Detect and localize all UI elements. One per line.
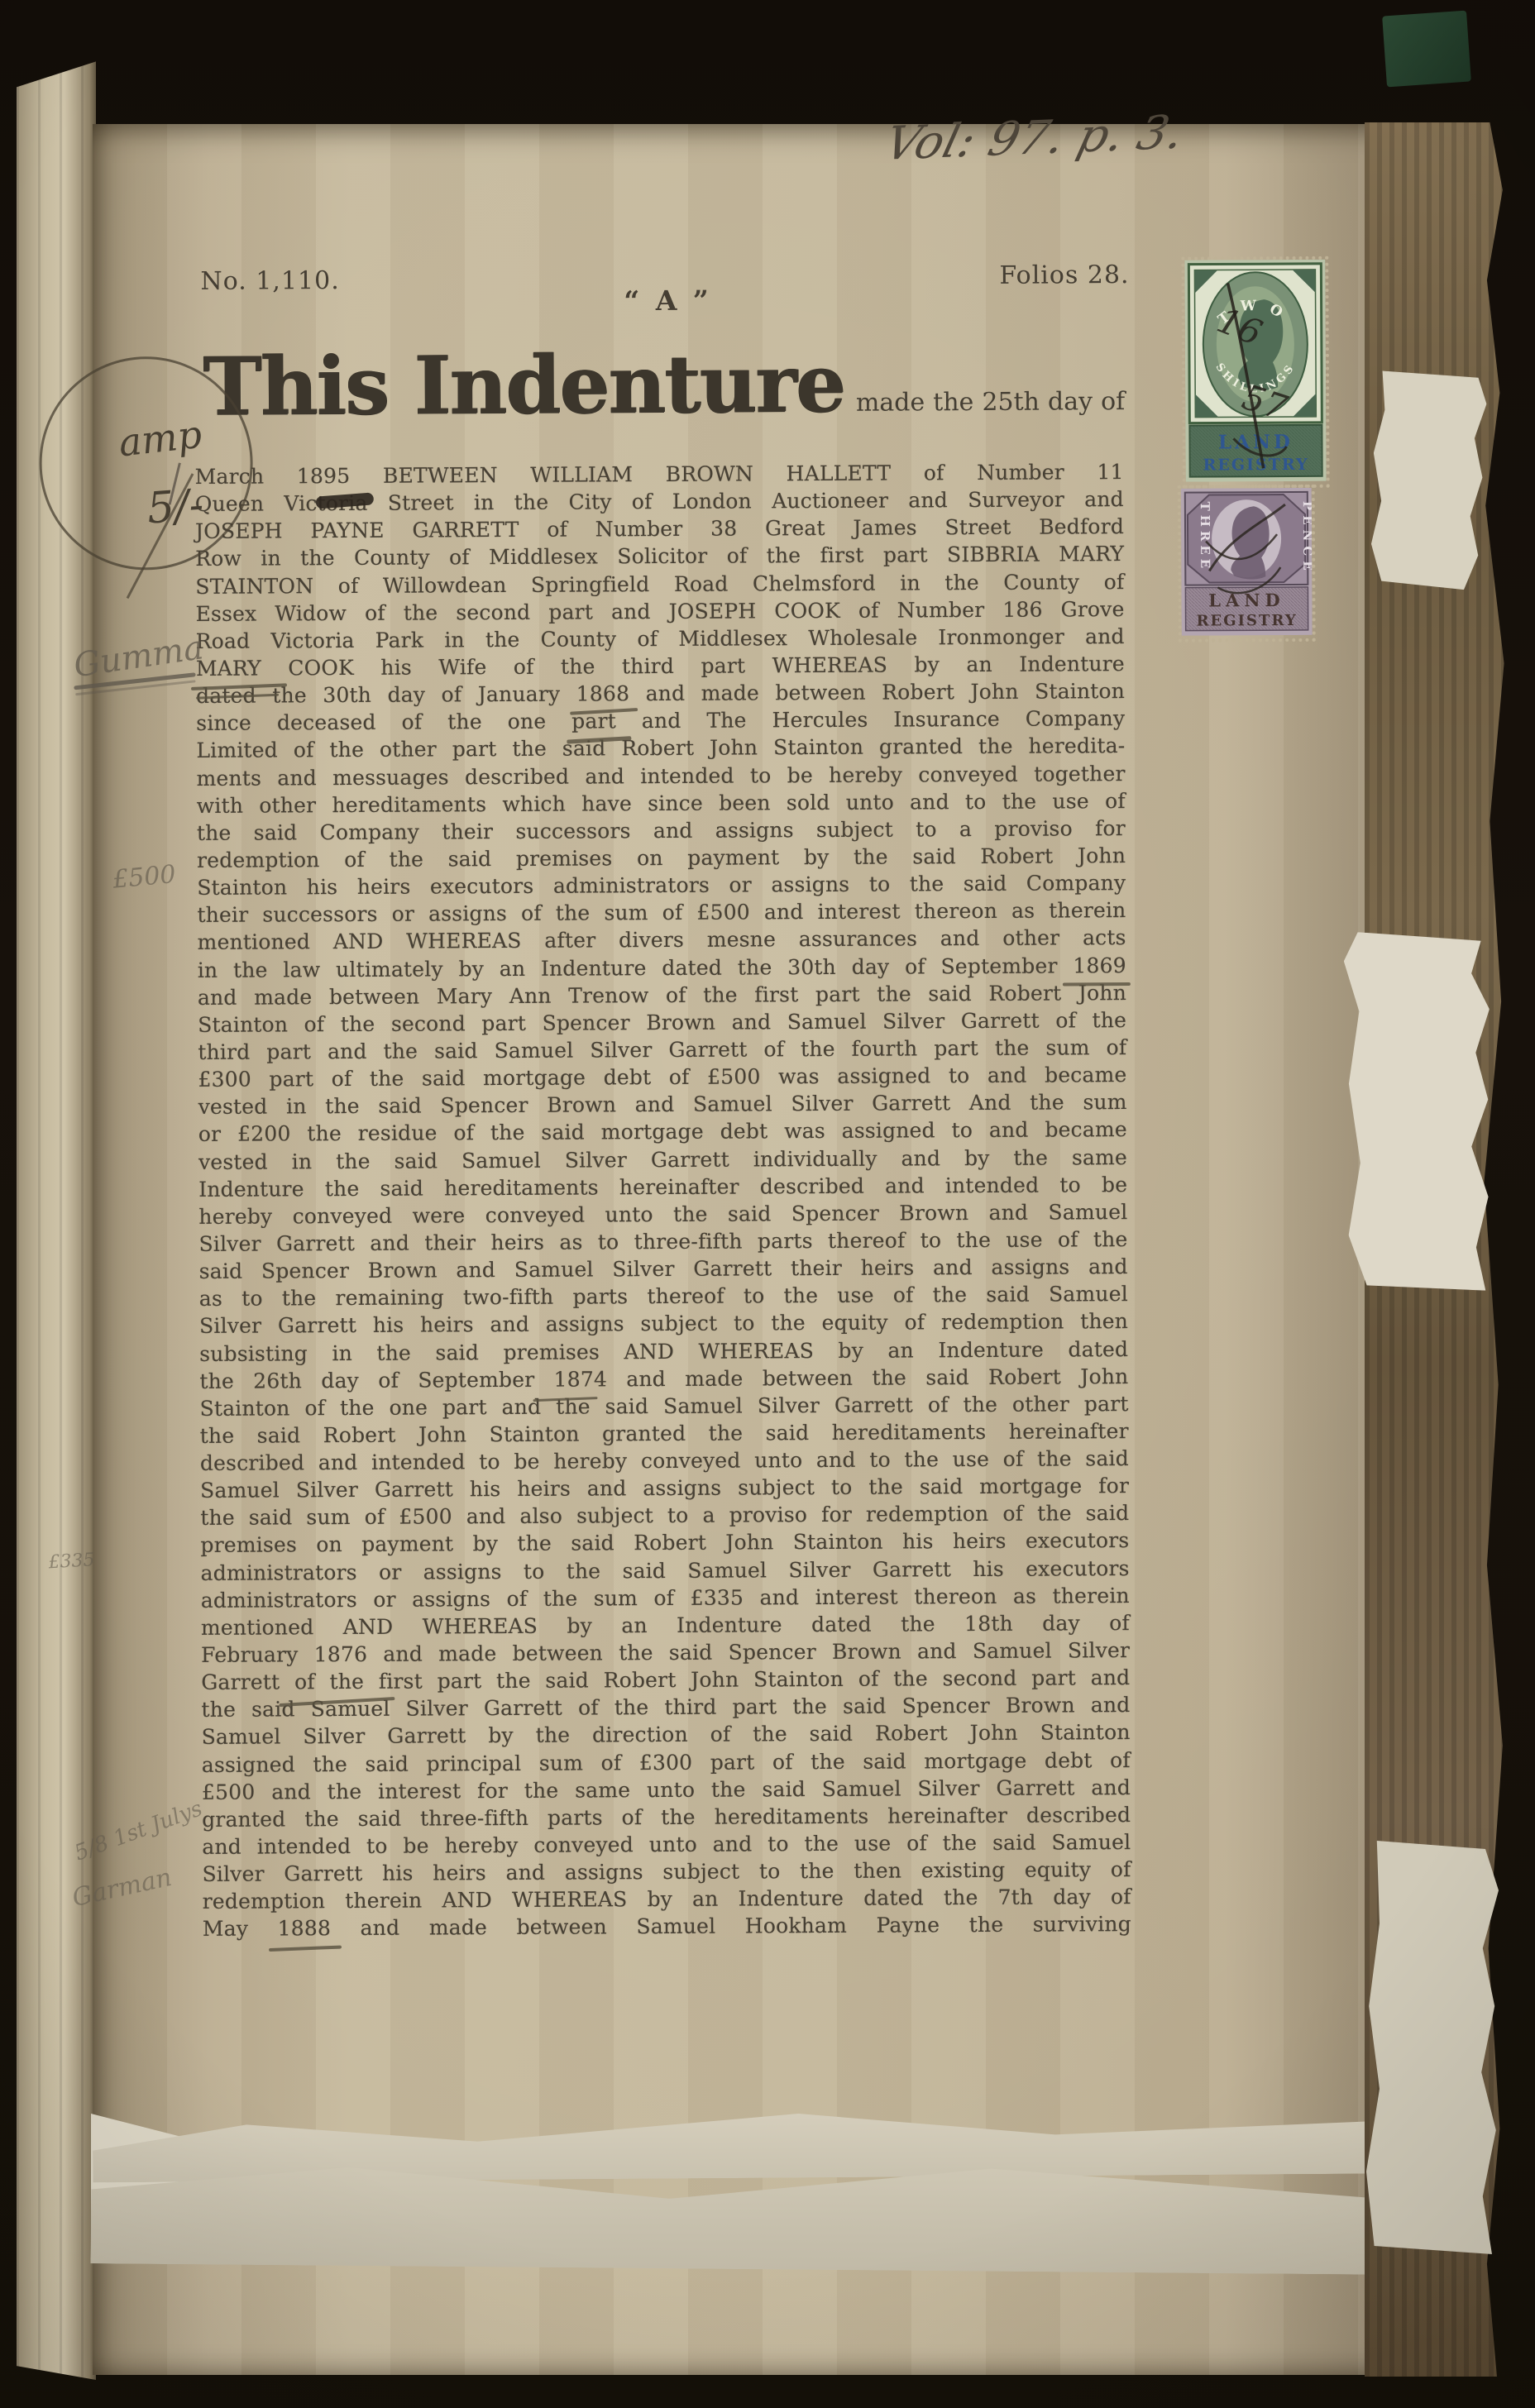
revenue-stamp-three-pence: THREE PENCE LAND REGISTRY [1178, 485, 1316, 643]
body-text-line: or £200 the residue of the said mortgage… [198, 1116, 1127, 1148]
underline-1888 [269, 1946, 342, 1952]
body-text-line: Indenture the said hereditaments hereina… [198, 1171, 1127, 1203]
three-pence-stamp-art: THREE PENCE LAND REGISTRY [1181, 488, 1313, 636]
body-text-line: assigned the said principal sum of £300 … [202, 1746, 1131, 1779]
stamp-value-right: PENCE [1300, 501, 1313, 576]
body-text-line: the 26th day of September 1874 and made … [199, 1363, 1128, 1395]
page-content: Vol: 97. p. 3. No. 1,110. Folios 28. “ A… [0, 0, 1535, 2408]
torn-paper-fragment [1366, 1841, 1499, 2254]
heading-continuation: made the 25th day of [844, 387, 1126, 418]
exhibit-mark-a: “ A ” [597, 284, 738, 318]
body-text-line: STAINTON of Willowdean Springfield Road … [195, 568, 1124, 600]
heading-blackletter: This Indenture [203, 337, 844, 433]
pencil-note: Garman [69, 1863, 175, 1913]
body-text-line: Essex Widow of the second part and JOSEP… [195, 595, 1124, 628]
body-text-line: Samuel Silver Garrett by the direction o… [202, 1719, 1131, 1751]
stamp-panel-registry: REGISTRY [1203, 456, 1309, 475]
body-text-line: subsisting in the said premises AND WHER… [199, 1335, 1128, 1368]
body-text-line: and made between Mary Ann Trenow of the … [198, 979, 1126, 1011]
body-text-line: vested in the said Samuel Silver Garrett… [198, 1144, 1127, 1176]
pencil-note: 5/8 1st Julys [71, 1796, 206, 1866]
body-text-line: administrators or assigns to the said Sa… [201, 1555, 1130, 1587]
body-text-line: Limited of the other part the said Rober… [196, 732, 1125, 764]
document-number: No. 1,110. [200, 266, 339, 296]
body-text-line: May 1888 and made between Samuel Hookham… [203, 1910, 1131, 1942]
body-text-line: Row in the County of Middlesex Solicitor… [195, 540, 1124, 572]
book-cover-corner [1382, 11, 1471, 88]
two-shillings-stamp-art: TWO SHILLINGS LAND REGISTRY 16 57 [1184, 260, 1326, 482]
underline-1869 [1063, 982, 1131, 986]
body-text-line: premises on payment by the said Robert J… [200, 1527, 1129, 1560]
pencil-note: £500 [112, 860, 177, 895]
body-text-line: mentioned AND WHEREAS after divers mesne… [198, 924, 1126, 956]
torn-paper-fragment [1370, 370, 1488, 590]
pencil-note: £335 [48, 1550, 95, 1573]
handwritten-volume-note: Vol: 97. p. 3. [880, 103, 1244, 171]
torn-paper-fragment [1343, 930, 1494, 1293]
revenue-stamp-two-shillings: TWO SHILLINGS LAND REGISTRY 16 57 [1181, 256, 1329, 489]
folios-count: Folios 28. [999, 260, 1129, 290]
indenture-heading: This Indenture made the 25th day of [203, 335, 1126, 433]
circular-stamp-mark [39, 356, 253, 571]
stamp-panel-registry: REGISTRY [1196, 612, 1297, 630]
body-text-line: with other hereditaments which have sinc… [197, 787, 1126, 819]
body-text-line: ments and messuages described and intend… [197, 760, 1126, 792]
scanned-indenture-page: Vol: 97. p. 3. No. 1,110. Folios 28. “ A… [0, 0, 1535, 2408]
body-text-line: in the law ultimately by an Indenture da… [198, 952, 1126, 984]
stamp-value-left: THREE [1198, 502, 1212, 573]
body-text-line: Silver Garrett his heirs and assigns sub… [199, 1307, 1128, 1340]
deed-body-text: March 1895 BETWEEN WILLIAM BROWN HALLETT… [195, 458, 1131, 1942]
circular-stamp-text: amp [117, 412, 204, 466]
